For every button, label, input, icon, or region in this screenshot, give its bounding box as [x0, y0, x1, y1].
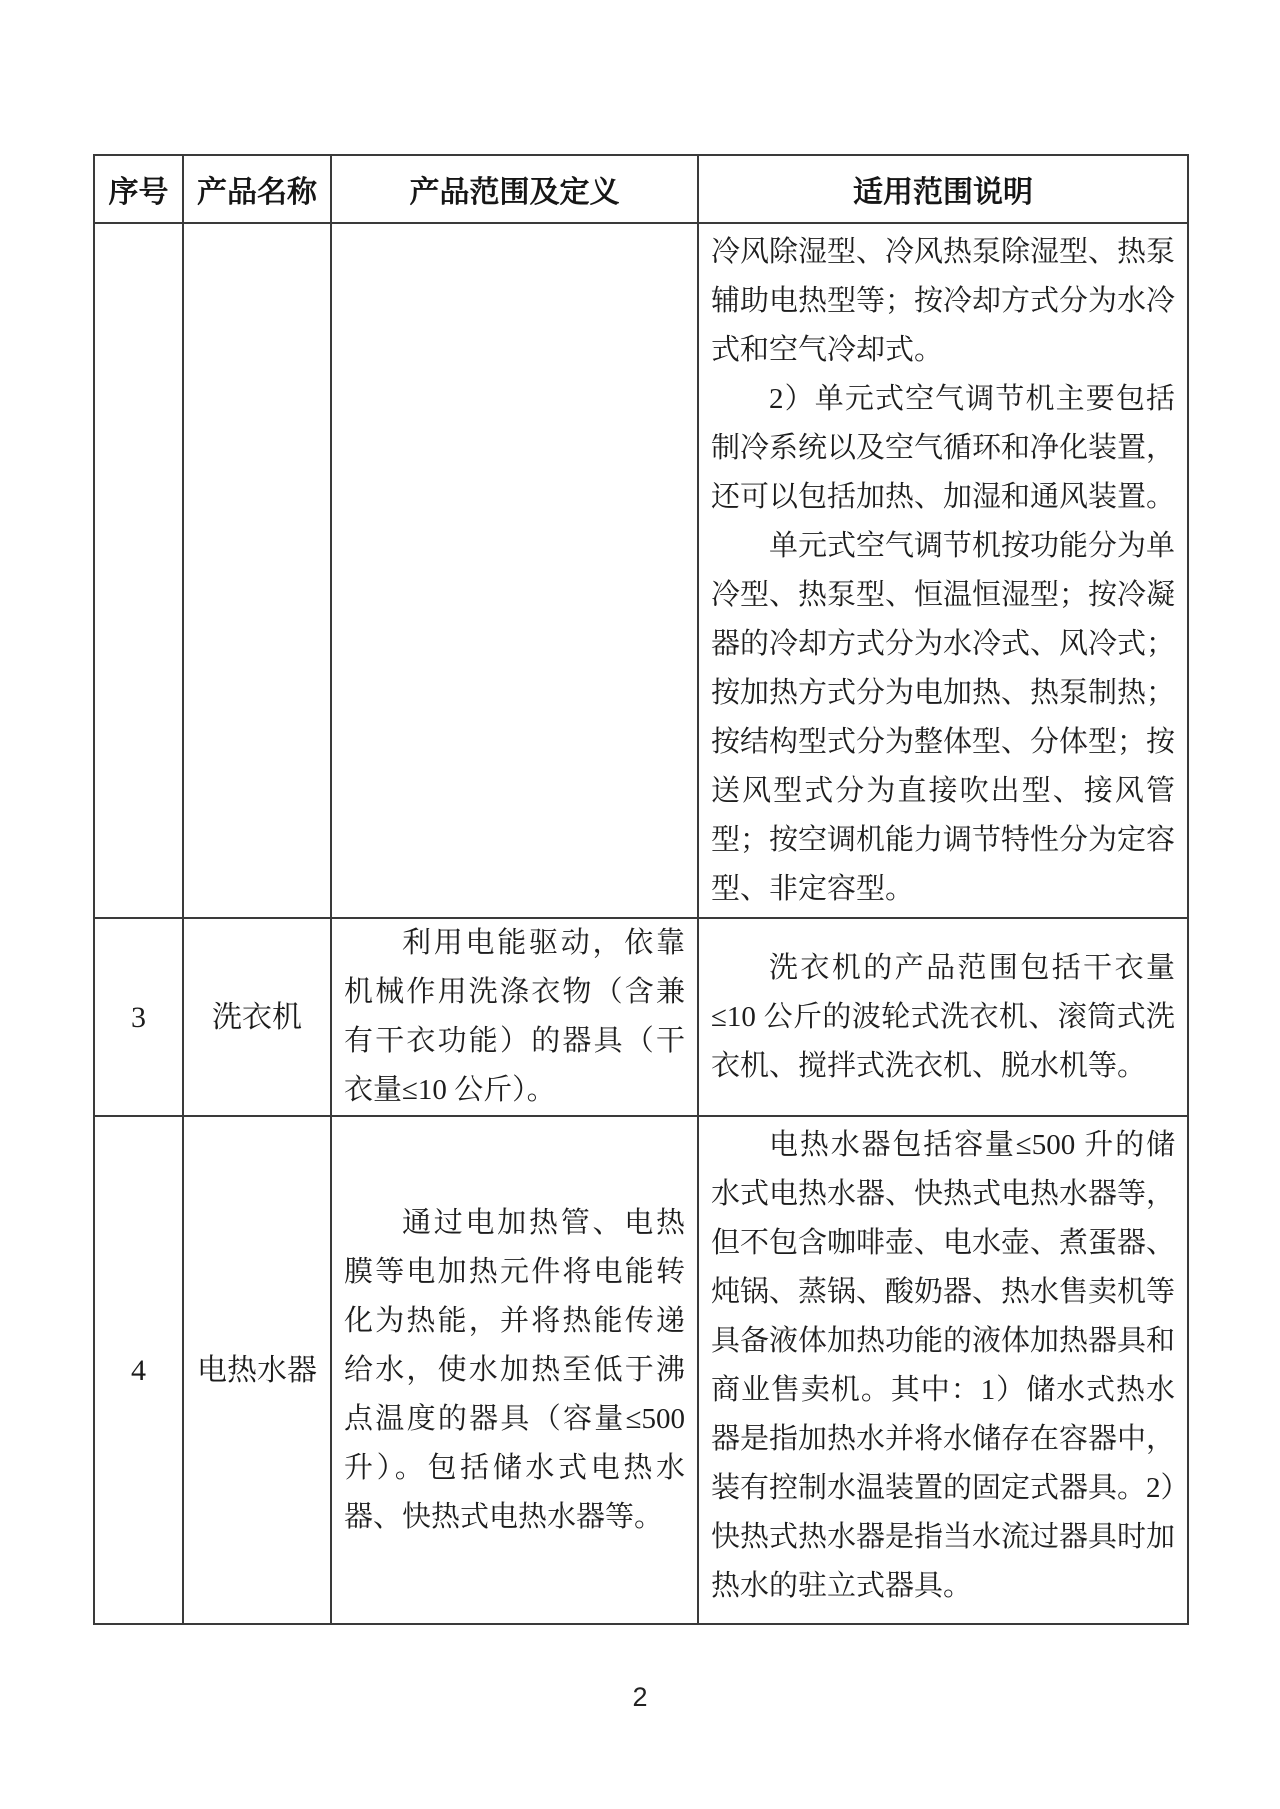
header-cell-definition: 产品范围及定义 [331, 155, 698, 223]
seq-cell-empty [94, 223, 183, 918]
definition-cell: 利用电能驱动，依靠机械作用洗涤衣物（含兼有干衣功能）的器具（干衣量≤10 公斤）… [331, 918, 698, 1116]
table-row-washing-machine: 3 洗衣机 利用电能驱动，依靠机械作用洗涤衣物（含兼有干衣功能）的器具（干衣量≤… [94, 918, 1188, 1116]
scope-paragraph: 冷风除湿型、冷风热泵除湿型、热泵辅助电热型等；按冷却方式分为水冷式和空气冷却式。 [711, 228, 1175, 375]
name-cell: 电热水器 [183, 1116, 331, 1624]
page-number: 2 [0, 1682, 1280, 1713]
header-cell-scope: 适用范围说明 [698, 155, 1188, 223]
header-cell-seq: 序号 [94, 155, 183, 223]
scope-cell: 电热水器包括容量≤500 升的储水式电热水器、快热式电热水器等，但不包含咖啡壶、… [698, 1116, 1188, 1624]
document-page: 序号 产品名称 产品范围及定义 适用范围说明 冷风除湿型、冷风热泵除湿型、热泵辅… [0, 0, 1280, 1809]
table-row-continuation: 冷风除湿型、冷风热泵除湿型、热泵辅助电热型等；按冷却方式分为水冷式和空气冷却式。… [94, 223, 1188, 918]
definition-cell: 通过电加热管、电热膜等电加热元件将电能转化为热能，并将热能传递给水，使水加热至低… [331, 1116, 698, 1624]
scope-cell: 洗衣机的产品范围包括干衣量≤10 公斤的波轮式洗衣机、滚筒式洗衣机、搅拌式洗衣机… [698, 918, 1188, 1116]
product-scope-table: 序号 产品名称 产品范围及定义 适用范围说明 冷风除湿型、冷风热泵除湿型、热泵辅… [93, 154, 1189, 1625]
table-header-row: 序号 产品名称 产品范围及定义 适用范围说明 [94, 155, 1188, 223]
table-row-water-heater: 4 电热水器 通过电加热管、电热膜等电加热元件将电能转化为热能，并将热能传递给水… [94, 1116, 1188, 1624]
name-cell: 洗衣机 [183, 918, 331, 1116]
scope-paragraph: 电热水器包括容量≤500 升的储水式电热水器、快热式电热水器等，但不包含咖啡壶、… [711, 1121, 1175, 1611]
scope-paragraph: 单元式空气调节机按功能分为单冷型、热泵型、恒温恒湿型；按冷凝器的冷却方式分为水冷… [711, 522, 1175, 914]
scope-cell-air-conditioner: 冷风除湿型、冷风热泵除湿型、热泵辅助电热型等；按冷却方式分为水冷式和空气冷却式。… [698, 223, 1188, 918]
scope-paragraph: 2）单元式空气调节机主要包括制冷系统以及空气循环和净化装置，还可以包括加热、加湿… [711, 375, 1175, 522]
name-cell-empty [183, 223, 331, 918]
seq-cell: 4 [94, 1116, 183, 1624]
definition-cell-empty [331, 223, 698, 918]
scope-paragraph: 洗衣机的产品范围包括干衣量≤10 公斤的波轮式洗衣机、滚筒式洗衣机、搅拌式洗衣机… [711, 944, 1175, 1091]
definition-paragraph: 通过电加热管、电热膜等电加热元件将电能转化为热能，并将热能传递给水，使水加热至低… [344, 1199, 685, 1542]
header-cell-name: 产品名称 [183, 155, 331, 223]
definition-paragraph: 利用电能驱动，依靠机械作用洗涤衣物（含兼有干衣功能）的器具（干衣量≤10 公斤）… [344, 919, 685, 1115]
seq-cell: 3 [94, 918, 183, 1116]
